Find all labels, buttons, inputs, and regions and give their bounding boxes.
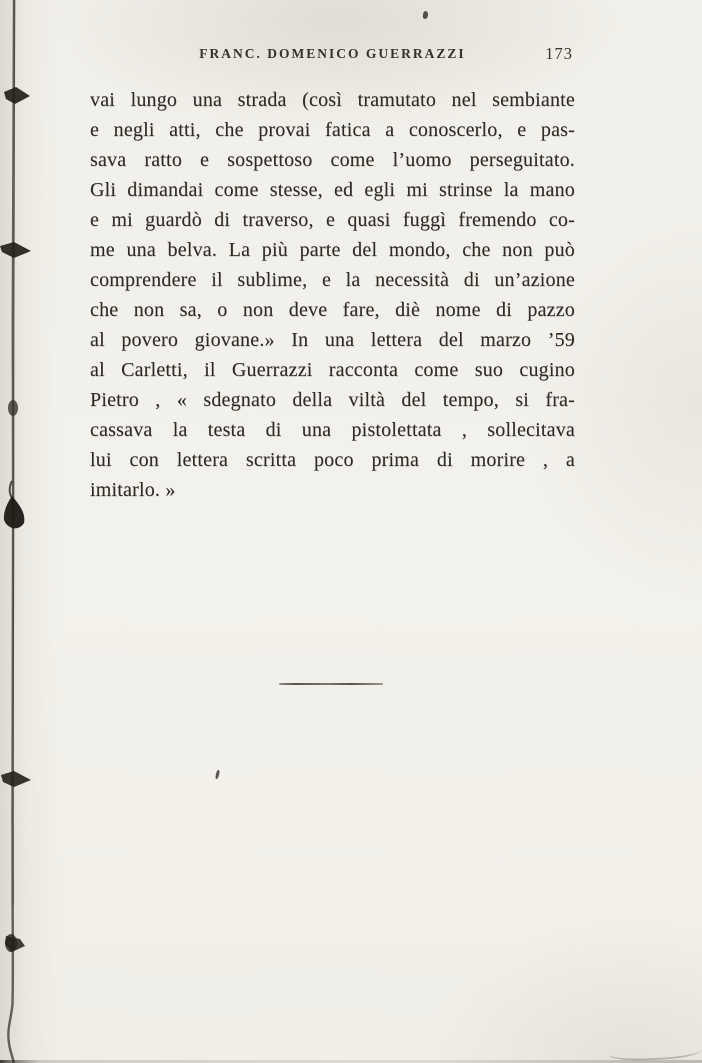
text-line: cassava la testa di una pistolettata , s… bbox=[90, 415, 575, 445]
binding-stitch-knot bbox=[4, 496, 25, 528]
body-text: vai lungo una strada (così tramutato nel… bbox=[90, 85, 575, 505]
text-line: Pietro , « sdegnato della viltà del temp… bbox=[90, 385, 575, 415]
text-line: comprendere il sublime, e la necessità d… bbox=[90, 265, 575, 295]
binding-thread bbox=[0, 0, 40, 1063]
ink-speck bbox=[215, 770, 220, 779]
page-number: 173 bbox=[545, 44, 573, 64]
text-line: che non sa, o non deve fare, diè nome di… bbox=[90, 295, 575, 325]
binding-stitch-knot bbox=[8, 400, 18, 416]
binding-stitch-knot bbox=[1, 771, 31, 787]
ink-speck bbox=[422, 11, 428, 20]
text-line: me una belva. La più parte del mondo, ch… bbox=[90, 235, 575, 265]
text-line: Gli dimandai come stesse, ed egli mi str… bbox=[90, 175, 575, 205]
text-line: sava ratto e sospettoso come l’uomo pers… bbox=[90, 145, 575, 175]
page-header: FRANC. DOMENICO GUERRAZZI 173 bbox=[90, 46, 575, 68]
text-line: lui con lettera scritta poco prima di mo… bbox=[90, 445, 575, 475]
text-line: vai lungo una strada (così tramutato nel… bbox=[90, 85, 575, 115]
text-line: al povero giovane.» In una lettera del m… bbox=[90, 325, 575, 355]
scan-squiggle bbox=[608, 1040, 702, 1061]
scanned-book-page: FRANC. DOMENICO GUERRAZZI 173 vai lungo … bbox=[0, 0, 702, 1063]
binding-stitch-knot bbox=[4, 87, 30, 104]
running-title: FRANC. DOMENICO GUERRAZZI bbox=[90, 46, 575, 63]
text-line: al Carletti, il Guerrazzi racconta come … bbox=[90, 355, 575, 385]
binding-stitch-knot bbox=[0, 242, 31, 258]
text-line: e mi guardò di traverso, e quasi fuggì f… bbox=[90, 205, 575, 235]
text-line: e negli atti, che provai fatica a conosc… bbox=[90, 115, 575, 145]
text-line: imitarlo. » bbox=[90, 475, 575, 505]
section-divider bbox=[279, 683, 383, 685]
binding-stitch-knot bbox=[10, 481, 12, 498]
